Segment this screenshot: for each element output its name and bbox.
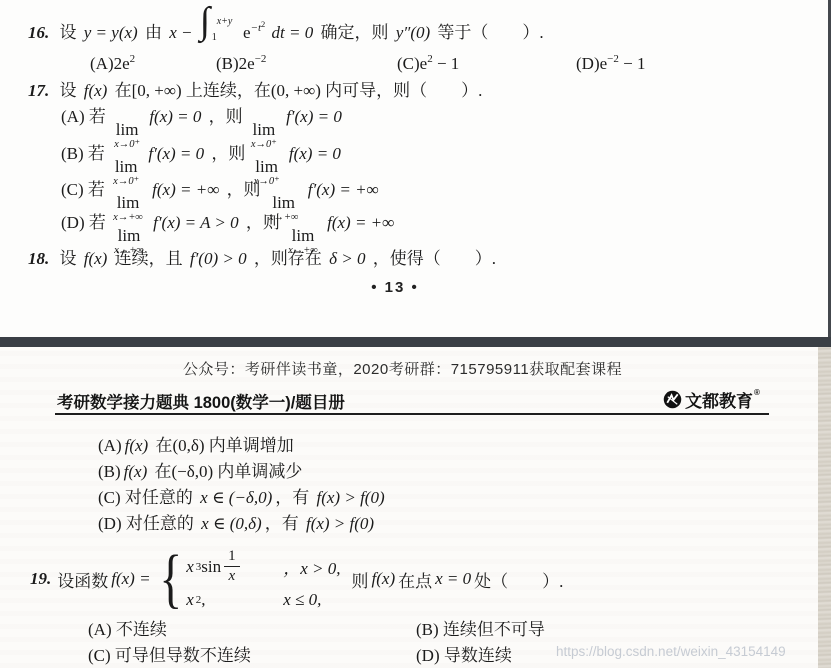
option-16a-exponent: 2 (130, 53, 136, 65)
question-17: 17. 设 f(x) 在[0, +∞) 上连续，在(0, +∞) 内可导，则（ … (28, 78, 483, 104)
e-base: e (243, 23, 251, 42)
wechat-banner-text: 公众号：考研伴读书童，2020考研群：715795911获取配套课程 (0, 358, 805, 379)
math-delta: δ > 0 (329, 249, 365, 268)
option-18a-text: 在(0,δ) 内单调增加 (151, 436, 294, 455)
math-x-minus: x − (169, 23, 192, 42)
lim-word: lim (255, 158, 278, 175)
option-17a-mid: ，则 (209, 107, 243, 126)
case-1-condition: ，x > 0, (283, 554, 340, 579)
option-18d-text: ，有 (265, 514, 303, 533)
question-16-text: 设 (60, 23, 77, 42)
question-17-number: 17. (28, 81, 49, 100)
question-19-text: 则 (352, 567, 369, 592)
lim-word: lim (292, 227, 315, 244)
option-17b-label: (B) 若 (61, 144, 105, 163)
option-17d-mid: ，则 (246, 213, 280, 232)
page-number: • 13 • (0, 279, 790, 296)
lim-word: lim (118, 227, 141, 244)
option-16c-text: (C)e (397, 54, 427, 73)
piecewise-case-1: x3sin1x ，x > 0, (184, 548, 342, 586)
option-17d-math1: f′(x) = A > 0 (153, 213, 239, 232)
header-rule (55, 413, 769, 415)
option-17c-math2: f′(x) = +∞ (308, 180, 379, 199)
question-19-text: 处（ ）. (474, 567, 563, 592)
option-18c: (C) 对任意的 x ∈ (−δ,0)，有 f(x) > f(0) (97, 485, 387, 511)
sin-function: sin (201, 557, 221, 577)
question-16-text: 由 (145, 23, 162, 42)
option-17b-math2: f(x) = 0 (289, 144, 341, 163)
option-18d-label: (D) 对任意的 (98, 514, 198, 533)
option-16d-exponent: −2 (607, 53, 619, 65)
option-17a-label: (A) 若 (61, 107, 106, 126)
math-f-prime: f′(0) > 0 (190, 249, 247, 268)
option-17d-math2: f(x) = +∞ (327, 213, 394, 232)
wendu-logo-text: 文都教育 (685, 387, 753, 412)
question-18-text: 设 (60, 249, 77, 268)
math-y-second-derivative: y″(0) (396, 23, 430, 42)
question-19-number: 19. (30, 569, 51, 589)
lim-word: lim (116, 121, 139, 138)
book-header-title: 考研数学接力题典 1800(数学一)/题目册 (57, 389, 345, 413)
case-2-expression: x2, (184, 590, 281, 610)
e-exponent-power: 2 (261, 19, 265, 29)
option-18a: (A)f(x) 在(0,δ) 内单调增加 (97, 433, 299, 459)
scanned-page-bottom: 公众号：考研伴读书童，2020考研群：715795911获取配套课程 考研数学接… (0, 347, 831, 668)
option-18c-math2: f(x) > f(0) (317, 488, 385, 507)
option-18c-math1: x ∈ (−δ,0) (200, 488, 272, 507)
option-19d: (D) 导数连续 (416, 643, 512, 668)
option-18a-label: (A) (98, 436, 122, 455)
piecewise-cases: x3sin1x ，x > 0, x2, x ≤ 0, (184, 548, 342, 611)
math-y-eq: y = y(x) (84, 23, 138, 42)
option-18b-text: 在(−δ,0) 内单调减少 (150, 462, 302, 481)
option-18d-math1: x ∈ (0,δ) (201, 514, 262, 533)
case-2-x: x (186, 590, 194, 610)
question-19: 19. 设函数 f(x) = { x3sin1x ，x > 0, x2, x ≤… (30, 539, 564, 619)
case-2-condition: x ≤ 0, (283, 590, 321, 610)
fraction-numerator: 1 (224, 548, 240, 567)
math-fx: f(x) (84, 249, 108, 268)
option-16d-tail: − 1 (619, 54, 646, 73)
option-16c-tail: − 1 (433, 54, 460, 73)
math-fx: f(x) (84, 81, 108, 100)
integral-sign: ∫ (200, 1, 210, 43)
option-16a-text: (A)2e (90, 54, 130, 73)
math-x-equals-0: x = 0 (435, 569, 471, 589)
math-fx-equals: f(x) = (111, 569, 150, 589)
option-19b: (B) 连续但不可导 (416, 617, 545, 643)
e-exponent: −t (251, 22, 261, 34)
option-17d-label: (D) 若 (61, 213, 106, 232)
csdn-watermark: https://blog.csdn.net/weixin_43154149 (556, 644, 826, 659)
page-divider-band (0, 337, 831, 347)
option-18d-math2: f(x) > f(0) (306, 514, 374, 533)
fraction-denominator: x (229, 567, 236, 585)
scanned-page-top: 16. 设 y = y(x) 由 x − ∫ x+y 1 e−t2 dt = 0… (0, 0, 831, 337)
option-19a: (A) 不连续 (88, 617, 167, 643)
option-17a-math2: f′(x) = 0 (286, 107, 342, 126)
option-17a-math1: f(x) = 0 (149, 107, 201, 126)
option-18d: (D) 对任意的 x ∈ (0,δ)，有 f(x) > f(0) (97, 511, 376, 537)
question-17-text: 设 (60, 81, 77, 100)
integral-upper-limit: x+y (217, 9, 233, 35)
question-18-number: 18. (28, 249, 49, 268)
wendu-logo: 文都教育 ® (663, 387, 760, 412)
question-19-text: 在点 (398, 567, 432, 592)
option-16c: (C)e2 − 1 (397, 46, 459, 77)
option-18b-math1: f(x) (124, 462, 148, 481)
option-18c-label: (C) 对任意的 (98, 488, 197, 507)
math-e-power: e−t2 (243, 23, 265, 42)
fraction-1-over-x: 1x (224, 548, 240, 586)
piecewise-case-2: x2, x ≤ 0, (184, 590, 342, 610)
case-2-comma: , (201, 590, 205, 610)
case-1-expression: x3sin1x (184, 548, 281, 586)
option-18b-label: (B) (98, 462, 121, 481)
option-17c-label: (C) 若 (61, 180, 105, 199)
lim-word: lim (253, 121, 276, 138)
option-19c: (C) 可导但导数不连续 (88, 643, 251, 668)
question-17-text: 在[0, +∞) 上连续，在(0, +∞) 内可导，则（ ）. (115, 81, 483, 100)
question-16-number: 16. (28, 23, 49, 42)
question-19-text: 设函数 (57, 567, 108, 592)
case-1-x: x (186, 557, 194, 577)
lim-word: lim (272, 194, 295, 211)
option-18a-math1: f(x) (125, 436, 149, 455)
option-18b: (B)f(x) 在(−δ,0) 内单调减少 (97, 459, 307, 485)
option-17c-math1: f(x) = +∞ (152, 180, 219, 199)
question-18: 18. 设 f(x) 连续，且 f′(0) > 0 ，则存在 δ > 0 ，使得… (28, 246, 497, 272)
lim-word: lim (117, 194, 140, 211)
question-16-text: 等于（ ）. (437, 23, 543, 42)
option-16b-exponent: −2 (255, 53, 267, 65)
question-16-text: 确定，则 (320, 23, 388, 42)
wendu-logo-icon (663, 390, 682, 409)
option-16d: (D)e−2 − 1 (576, 46, 645, 77)
question-18-text: ，则存在 (254, 249, 322, 268)
option-16b: (B)2e−2 (216, 46, 266, 77)
option-16b-text: (B)2e (216, 54, 255, 73)
piecewise-brace: { (159, 549, 182, 610)
option-16d-text: (D)e (576, 54, 607, 73)
question-18-text: 连续，且 (115, 249, 183, 268)
question-18-text: ，使得（ ）. (373, 249, 496, 268)
lim-word: lim (115, 158, 138, 175)
option-17c-mid: ，则 (227, 180, 261, 199)
math-dt: dt = 0 (272, 23, 314, 42)
registered-mark: ® (754, 388, 760, 397)
option-18c-text: ，有 (275, 488, 313, 507)
scan-edge-texture (818, 347, 831, 668)
option-17b-mid: ，则 (211, 144, 245, 163)
math-fx: f(x) (372, 569, 396, 589)
option-17b-math1: f′(x) = 0 (148, 144, 204, 163)
option-16a: (A)2e2 (90, 46, 135, 77)
